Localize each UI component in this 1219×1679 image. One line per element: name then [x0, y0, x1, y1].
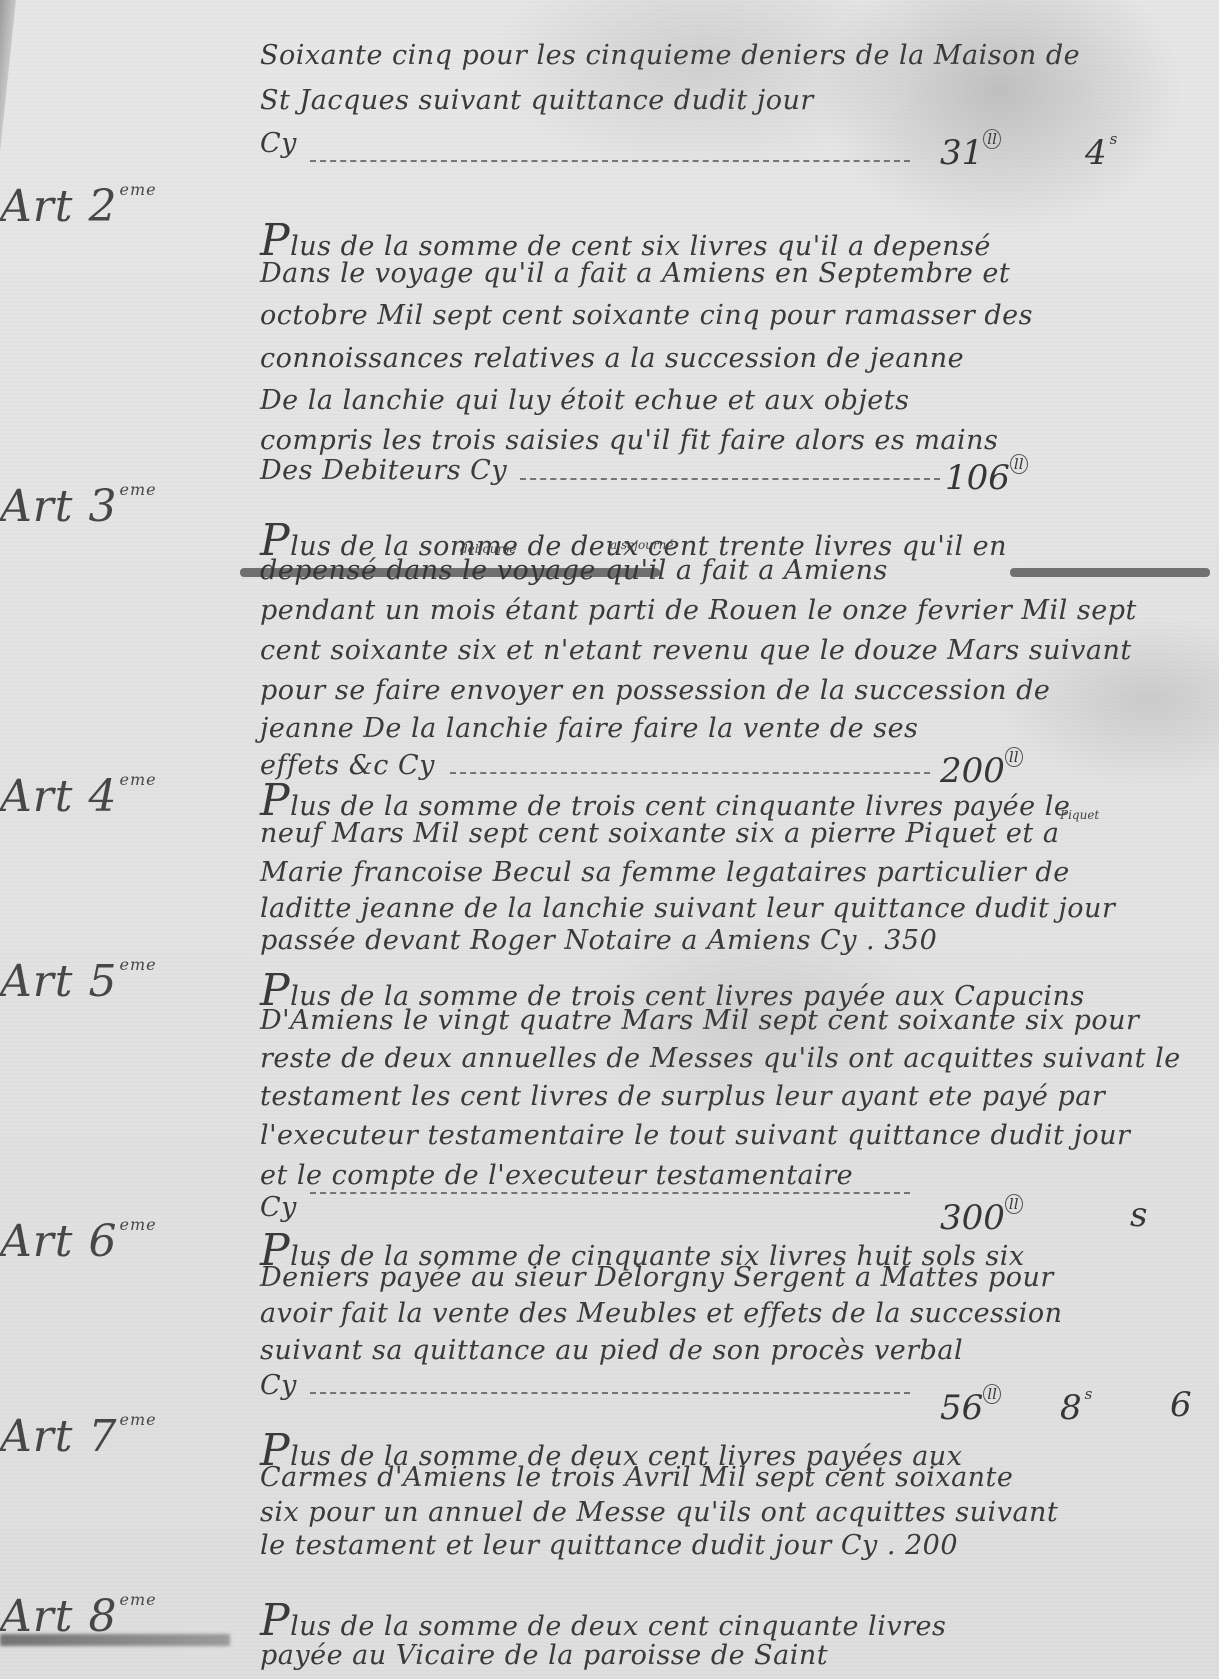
carryover-line: St Jacques suivant quittance dudit jour: [260, 85, 814, 116]
entry-line: Des Debiteurs Cy: [260, 455, 507, 486]
entry-line: l'executeur testamentaire le tout suivan…: [260, 1120, 1130, 1151]
interlinear-note: Piquet: [1060, 808, 1099, 822]
article-label: Art 5eme: [0, 955, 157, 1007]
interlinear-note: a sejourné: [610, 538, 673, 552]
manuscript-page: Soixante cinq pour les cinquieme deniers…: [0, 0, 1219, 1679]
ci-label: Cy: [260, 128, 297, 159]
entry-line: octobre Mil sept cent soixante cinq pour…: [260, 300, 1033, 331]
leader-dashes: [310, 1392, 910, 1394]
entry-line: six pour un annuel de Messe qu'ils ont a…: [260, 1497, 1058, 1528]
interlinear-note: deboursé: [460, 542, 516, 556]
entry-line: De la lanchie qui luy étoit echue et aux…: [260, 385, 910, 416]
entry-line: et le compte de l'executeur testamentair…: [260, 1160, 853, 1191]
amount-livres: 106ll: [945, 455, 1028, 498]
entry-line: Cy: [260, 1192, 297, 1223]
article-label: Art 2eme: [0, 180, 157, 232]
carryover-line: Soixante cinq pour les cinquieme deniers…: [260, 40, 1080, 71]
amount-livres: 56ll: [940, 1385, 1001, 1428]
entry-line: payée au Vicaire de la paroisse de Saint: [260, 1640, 828, 1671]
leader-dashes: [450, 772, 930, 774]
entry-line: Carmes d'Amiens le trois Avril Mil sept …: [260, 1462, 1013, 1493]
leader-dashes: [310, 160, 910, 162]
entry-line: Plus de la somme de deux cent cinquante …: [260, 1595, 946, 1646]
amount-deniers: 6: [1170, 1385, 1192, 1425]
amount-sols: 8s: [1060, 1385, 1095, 1428]
entry-line: suivant sa quittance au pied de son proc…: [260, 1335, 963, 1366]
amount-sols-mark: s: [1130, 1195, 1147, 1235]
article-label: Art 4eme: [0, 770, 157, 822]
amount-livres: 31ll: [940, 130, 1001, 173]
article-label: Art 7eme: [0, 1410, 157, 1462]
leader-dashes: [310, 1192, 910, 1194]
entry-line: testament les cent livres de surplus leu…: [260, 1081, 1105, 1112]
leader-dashes: [520, 478, 940, 480]
entry-line: passée devant Roger Notaire a Amiens Cy …: [260, 925, 937, 956]
entry-line: pendant un mois étant parti de Rouen le …: [260, 595, 1137, 626]
entry-line: Deniers payée au sieur Delorgny Sergent …: [260, 1262, 1054, 1293]
entry-line: compris les trois saisies qu'il fit fair…: [260, 425, 998, 456]
entry-line: reste de deux annuelles de Messes qu'ils…: [260, 1043, 1181, 1074]
entry-line: cent soixante six et n'etant revenu que …: [260, 635, 1132, 666]
strikethrough-mark: [1010, 568, 1210, 577]
entry-line: avoir fait la vente des Meubles et effet…: [260, 1298, 1063, 1329]
entry-line: connoissances relatives a la succession …: [260, 343, 964, 374]
entry-line: Dans le voyage qu'il a fait a Amiens en …: [260, 258, 1010, 289]
entry-line: Cy: [260, 1370, 297, 1401]
article-label: Art 3eme: [0, 480, 157, 532]
entry-line: neuf Mars Mil sept cent soixante six a p…: [260, 818, 1059, 849]
strikethrough-mark: [240, 568, 660, 577]
entry-line: le testament et leur quittance dudit jou…: [260, 1530, 958, 1561]
amount-sols: 4s: [1085, 130, 1120, 173]
entry-line: jeanne De la lanchie faire faire la vent…: [260, 713, 918, 744]
ink-smudge: [0, 1634, 230, 1646]
entry-line: D'Amiens le vingt quatre Mars Mil sept c…: [260, 1005, 1139, 1036]
page-binding-edge: [0, 0, 16, 190]
entry-line: pour se faire envoyer en possession de l…: [260, 675, 1050, 706]
entry-line: Marie francoise Becul sa femme legataire…: [260, 857, 1070, 888]
entry-line: laditte jeanne de la lanchie suivant leu…: [260, 893, 1115, 924]
article-label: Art 6eme: [0, 1215, 157, 1267]
